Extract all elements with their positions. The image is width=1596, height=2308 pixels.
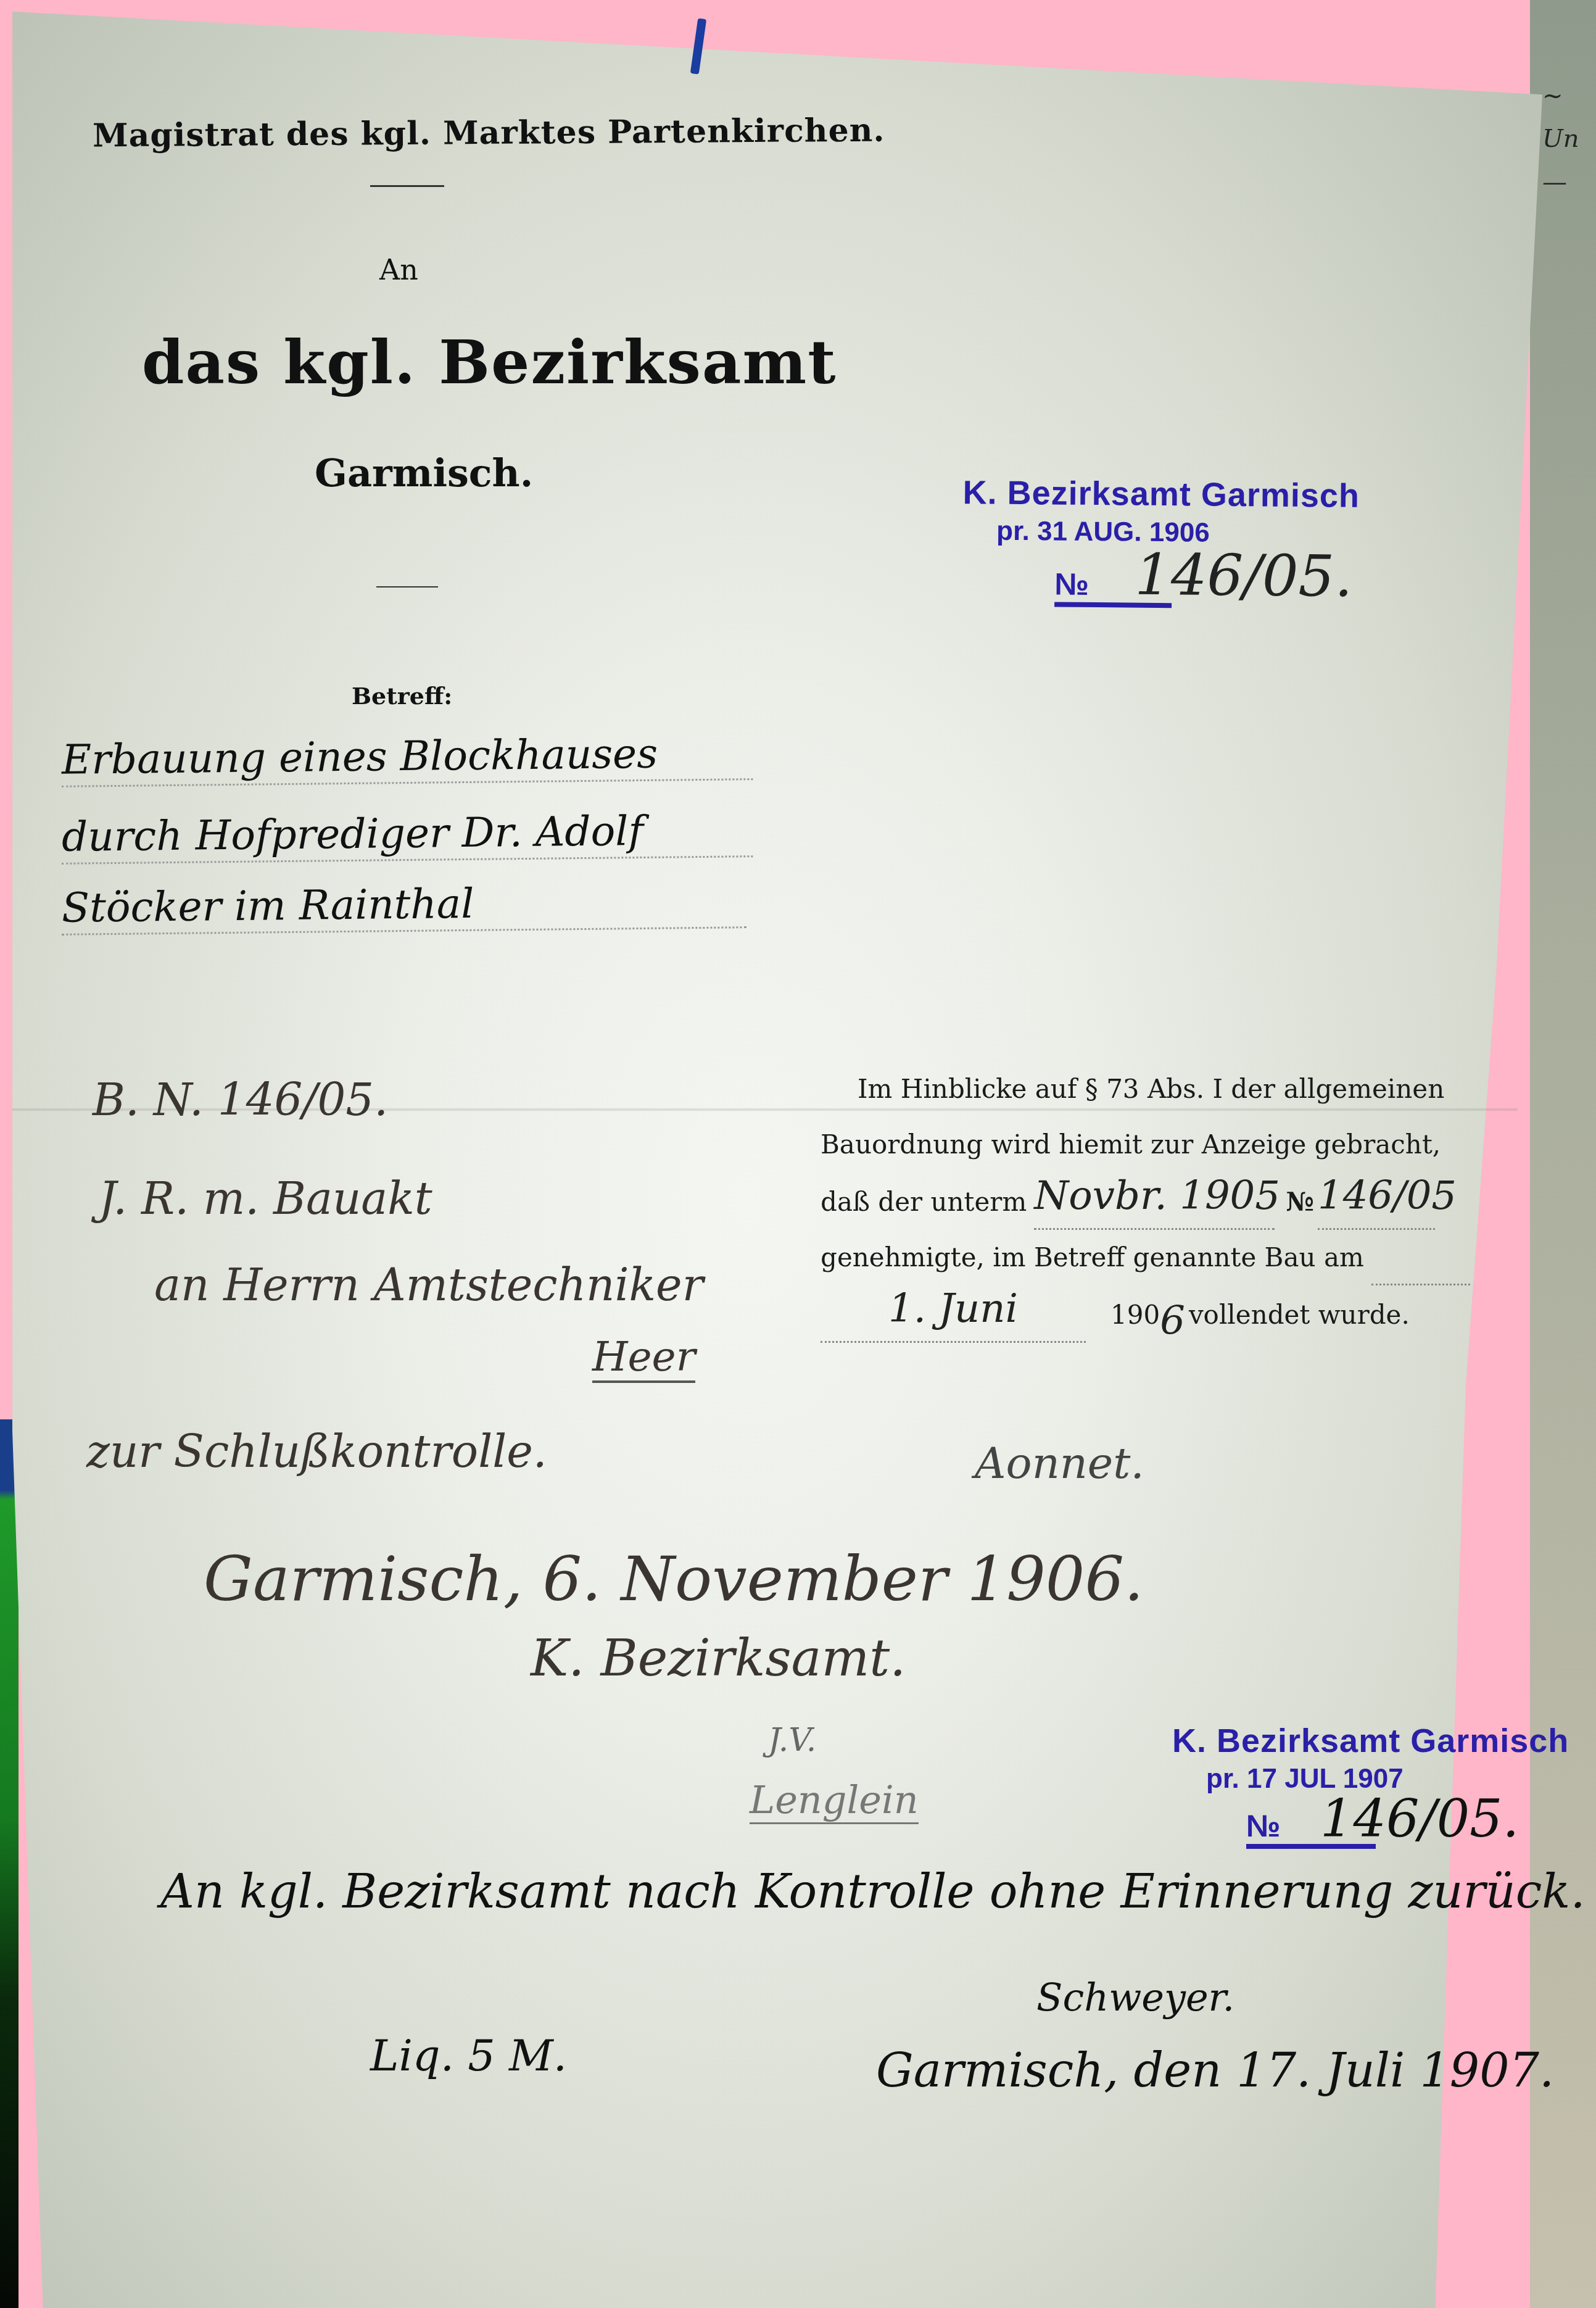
return-note: An kgl. Bezirksamt nach Kontrolle ohne E… bbox=[160, 1864, 1586, 1919]
approval-date-field: Novbr. 1905 bbox=[1034, 1173, 1275, 1230]
subject-line: Stöcker im Rainthal bbox=[62, 879, 747, 935]
reference-number: B. N. 146/05. bbox=[93, 1074, 388, 1126]
stamp-number: 146/05. bbox=[1135, 542, 1353, 610]
to-label: An bbox=[379, 253, 418, 286]
stamp-office: K. Bezirksamt Garmisch bbox=[1172, 1722, 1569, 1760]
place-date: Garmisch, 6. November 1906. bbox=[204, 1543, 1144, 1615]
completion-date-field: 1. Juni bbox=[821, 1285, 1086, 1343]
divider bbox=[370, 185, 444, 187]
form-line: Bauordnung wird hiemit zur Anzeige gebra… bbox=[821, 1117, 1499, 1173]
background-surface-edge bbox=[0, 1419, 19, 2308]
completion-form: Im Hinblicke auf § 73 Abs. I der allgeme… bbox=[821, 1061, 1499, 1343]
form-text: Im Hinblicke auf § 73 Abs. I der allgeme… bbox=[858, 1061, 1444, 1117]
fragment: Un bbox=[1542, 117, 1592, 160]
form-text: genehmigte, im Betreff genannte Bau am bbox=[821, 1230, 1364, 1285]
stamp-office: K. Bezirksamt Garmisch bbox=[962, 473, 1360, 515]
signature: Lenglein bbox=[750, 1777, 919, 1824]
initials-signature: Aonnet. bbox=[975, 1438, 1144, 1488]
subject-line: durch Hofprediger Dr. Adolf bbox=[62, 808, 753, 864]
recipient: das kgl. Bezirksamt bbox=[142, 327, 837, 398]
underlying-sheet bbox=[1530, 0, 1596, 2308]
receipt-stamp: K. Bezirksamt Garmisch pr. 17 JUL 1907 №… bbox=[1172, 1722, 1569, 1849]
divider bbox=[376, 586, 438, 587]
form-line: daß der unterm Novbr. 1905 № 146/05 bbox=[821, 1173, 1499, 1230]
underlying-sheet-text: ~ Un — bbox=[1542, 74, 1592, 204]
subject-label: Betreff: bbox=[352, 682, 452, 710]
stamp-number: 146/05. bbox=[1320, 1788, 1519, 1849]
instruction-line: zur Schlußkontrolle. bbox=[86, 1426, 547, 1477]
return-signature: Schweyer. bbox=[1036, 1975, 1234, 2020]
form-text: daß der unterm bbox=[821, 1174, 1027, 1230]
form-text: Bauordnung wird hiemit zur Anzeige gebra… bbox=[821, 1117, 1441, 1173]
fragment: — bbox=[1542, 160, 1592, 204]
year-digit: 6 bbox=[1160, 1300, 1185, 1343]
fee-note: Liq. 5 M. bbox=[370, 2030, 567, 2081]
form-line: genehmigte, im Betreff genannte Bau am bbox=[821, 1230, 1499, 1285]
recipient-city: Garmisch. bbox=[315, 450, 533, 496]
subject-line: Erbauung eines Blockhauses bbox=[62, 731, 753, 787]
office-signature: K. Bezirksamt. bbox=[531, 1629, 906, 1688]
form-line: 1. Juni 190 6 vollendet wurde. bbox=[821, 1285, 1499, 1343]
iv-abbreviation: J.V. bbox=[768, 1722, 816, 1759]
instruction-line: J. R. m. Bauakt bbox=[99, 1173, 432, 1224]
approval-date: Novbr. 1905 bbox=[1034, 1173, 1280, 1219]
completion-field bbox=[1371, 1283, 1470, 1285]
fragment: ~ bbox=[1542, 74, 1592, 117]
approval-number-field: 146/05 bbox=[1318, 1173, 1435, 1230]
year-prefix: 190 bbox=[1110, 1287, 1160, 1343]
receipt-stamp: K. Bezirksamt Garmisch pr. 31 AUG. 1906 … bbox=[962, 473, 1360, 610]
form-text: vollendet wurde. bbox=[1189, 1287, 1410, 1343]
return-date: Garmisch, den 17. Juli 1907. bbox=[876, 2043, 1554, 2098]
instruction-line: an Herrn Amtstechniker bbox=[154, 1259, 703, 1311]
approval-number: 146/05 bbox=[1318, 1173, 1457, 1219]
form-line: Im Hinblicke auf § 73 Abs. I der allgeme… bbox=[821, 1061, 1499, 1117]
number-label: № bbox=[1286, 1174, 1314, 1230]
instruction-line: Heer bbox=[592, 1333, 695, 1383]
completion-date: 1. Juni bbox=[888, 1286, 1018, 1332]
letterhead: Magistrat des kgl. Marktes Partenkirchen… bbox=[93, 112, 885, 155]
